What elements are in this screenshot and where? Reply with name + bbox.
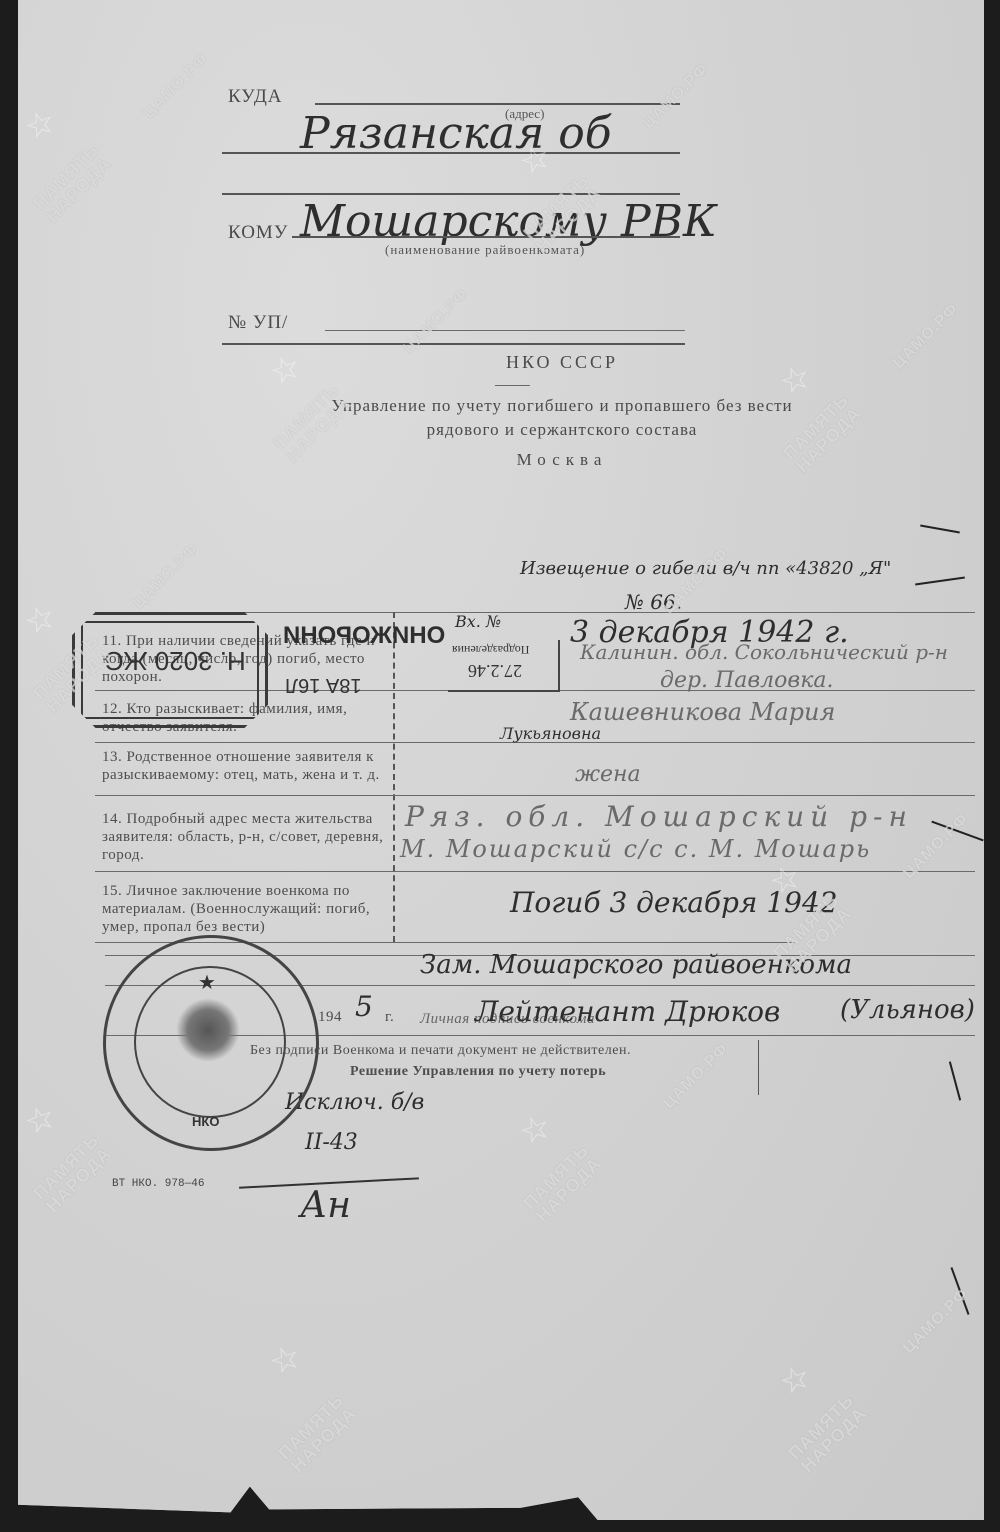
received-stamp-date: 27.2.46 <box>468 660 522 681</box>
received-stamp-label: Подразделения <box>452 642 529 657</box>
field-number: 15. <box>102 883 122 899</box>
mirrored-stamp-bottom: 18А 16Л <box>285 673 362 696</box>
form-column-divider <box>393 612 395 942</box>
address-caption: (адрес) <box>505 106 544 122</box>
to-where-line <box>315 103 680 105</box>
date-suffix: г. <box>385 1008 394 1026</box>
form-rule <box>95 871 975 872</box>
decision-line-2: II-43 <box>305 1130 358 1155</box>
field-15-label: 15. Личное заключение военкома по матери… <box>102 882 387 936</box>
date-prefix: 194 <box>318 1008 342 1026</box>
field-number: 14. <box>102 811 122 827</box>
up-number-line <box>325 330 685 331</box>
decision-column-divider <box>758 1040 759 1095</box>
field-label: Подробный адрес места жительства заявите… <box>102 811 383 863</box>
field-12-value-line-1: Кашевникова Мария <box>570 698 835 726</box>
field-12-value-line-2: Лукьяновна <box>500 724 601 743</box>
field-14-label: 14. Подробный адрес места жительства зая… <box>102 810 387 864</box>
to-whom-line <box>292 236 680 238</box>
field-label: Родственное отношение заявителя к разыск… <box>102 749 380 783</box>
coat-of-arms-icon <box>176 998 240 1062</box>
to-whom-value: Мошарскому РВК <box>300 196 717 247</box>
field-11-value-line-3: дер. Павловка. <box>660 668 833 693</box>
decision-label: Решение Управления по учету потерь <box>350 1063 606 1081</box>
field-13-label: 13. Родственное отношение заявителя к ра… <box>102 748 387 784</box>
form-rule <box>95 795 975 796</box>
field-13-value: жена <box>575 762 641 787</box>
header-divider <box>222 343 685 345</box>
print-mark: ВТ НКО. 978—46 <box>112 1178 204 1190</box>
field-number: 13. <box>102 749 122 765</box>
received-stamp-number: Вх. № <box>455 612 501 631</box>
field-11-value-line-2: Калинин. обл. Сокольнический р-н <box>580 640 948 664</box>
title-divider <box>495 385 530 386</box>
round-seal: ★ НКО <box>103 935 319 1151</box>
round-seal-bottom-text: НКО <box>192 1114 219 1129</box>
signatory-rank-signature: Лейтенант Дрюков <box>475 995 780 1028</box>
to-whom-label: КОМУ <box>228 222 288 244</box>
mirrored-stamp-top: ОНИЖОРОНИ <box>283 622 445 650</box>
up-number-label: № УП/ <box>228 312 288 334</box>
star-icon: ★ <box>198 970 216 995</box>
decision-initials: Ан <box>300 1185 351 1226</box>
field-label: Личное заключение военкома по материалам… <box>102 883 370 935</box>
field-14-value-line-2: М. Мошарский с/с с. М. Мошарь <box>400 835 871 863</box>
field-14-value-line-1: Ряз. обл. Мошарский р-н <box>405 800 913 833</box>
octagon-stamp-text: Н. 3020 ЖС <box>105 645 246 676</box>
received-stamp: Подразделения 27.2.46 <box>448 640 560 692</box>
to-whom-top-line <box>222 193 680 195</box>
date-year: 5 <box>355 990 373 1023</box>
signatory-name: (Ульянов) <box>840 995 975 1025</box>
to-where-label: КУДА <box>228 86 283 108</box>
address-line <box>222 152 680 154</box>
